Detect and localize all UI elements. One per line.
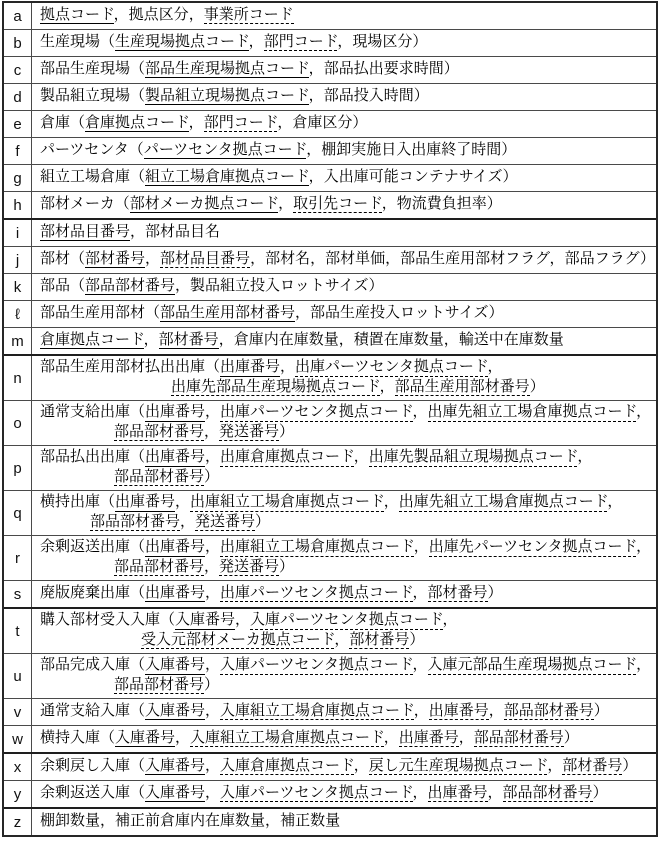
text-segment: 部品完成入庫（: [40, 657, 145, 673]
table-row: s廃版廃棄出庫（出庫番号，出庫パーツセンタ拠点コード，部材番号）: [4, 580, 656, 607]
text-segment: ，: [607, 494, 622, 510]
text-segment: ，: [414, 703, 429, 719]
foreign-key-attribute: 入庫倉庫拠点コード: [220, 758, 354, 776]
foreign-key-attribute: 部門コード: [204, 115, 278, 133]
text-segment: ，: [114, 7, 129, 23]
foreign-key-attribute: 部品部材番号: [90, 514, 180, 532]
row-content: 横持出庫（出庫番号，出庫組立工場倉庫拠点コード，出庫先組立工場倉庫拠点コード，部…: [32, 491, 656, 535]
foreign-key-attribute: 部品生産用部材番号: [395, 379, 530, 397]
schema-line: 製品組立現場（製品組立現場拠点コード，部品投入時間）: [40, 87, 652, 107]
text-segment: ，: [385, 251, 400, 267]
foreign-key-attribute: 出庫番号: [429, 703, 489, 721]
schema-line: 組立工場倉庫（組立工場倉庫拠点コード，入出庫可能コンテナサイズ）: [40, 168, 652, 188]
row-content: 部品生産用部材払出出庫（出庫番号，出庫パーツセンタ拠点コード，出庫先部品生産現場…: [32, 356, 656, 400]
schema-line: 余剰戻し入庫（入庫番号，入庫倉庫拠点コード，戻し元生産現場拠点コード，部材番号）: [40, 757, 652, 777]
schema-line: 廃版廃棄出庫（出庫番号，出庫パーツセンタ拠点コード，部材番号）: [40, 584, 652, 604]
text-segment: 廃版廃棄出庫（: [40, 585, 145, 601]
row-content: 組立工場倉庫（組立工場倉庫拠点コード，入出庫可能コンテナサイズ）: [32, 166, 656, 191]
text-segment: ，: [636, 404, 651, 420]
primary-key-attribute: 出庫番号: [145, 449, 205, 467]
text-segment: ，: [413, 585, 428, 601]
text-segment: 余剰返送出庫（: [40, 539, 145, 555]
text-segment: 部品生産用部材（: [40, 305, 160, 321]
foreign-key-attribute: 入庫組立工場倉庫拠点コード: [190, 730, 384, 748]
text-segment: 部品払出要求時間）: [324, 61, 459, 77]
schema-line: 通常支給出庫（出庫番号，出庫パーツセンタ拠点コード，出庫先組立工場倉庫拠点コード…: [40, 403, 652, 423]
schema-line: 倉庫（倉庫拠点コード，部門コード，倉庫区分）: [40, 114, 652, 134]
text-segment: 部材単価: [325, 251, 385, 267]
text-segment: 補正数量: [280, 813, 340, 829]
foreign-key-attribute: 発送番号: [195, 514, 255, 532]
text-segment: 積置在庫数量: [354, 332, 444, 348]
text-segment: ，: [175, 494, 190, 510]
schema-line: 通常支給入庫（入庫番号，入庫組立工場倉庫拠点コード，出庫番号，部品部材番号）: [40, 702, 652, 722]
text-segment: ，: [384, 730, 399, 746]
table-row: g組立工場倉庫（組立工場倉庫拠点コード，入出庫可能コンテナサイズ）: [4, 164, 656, 191]
text-segment: 通常支給入庫（: [40, 703, 145, 719]
schema-continuation-line: 出庫先部品生産現場拠点コード，部品生産用部材番号）: [40, 378, 652, 398]
row-label: x: [4, 754, 32, 780]
table-row: v通常支給入庫（入庫番号，入庫組立工場倉庫拠点コード，出庫番号，部品部材番号）: [4, 698, 656, 725]
row-content: 倉庫（倉庫拠点コード，部門コード，倉庫区分）: [32, 112, 656, 137]
primary-key-attribute: 出庫番号: [220, 359, 280, 377]
row-label: i: [4, 220, 32, 246]
row-label: s: [4, 581, 32, 607]
primary-key-attribute: 出庫番号: [115, 494, 175, 512]
row-label: ℓ: [4, 301, 32, 327]
text-segment: ，: [550, 251, 565, 267]
schema-line: 生産現場（生産現場拠点コード，部門コード，現場区分）: [40, 33, 652, 53]
text-segment: ，: [265, 813, 280, 829]
table-row: w横持入庫（入庫番号，入庫組立工場倉庫拠点コード，出庫番号，部品部材番号）: [4, 725, 656, 752]
foreign-key-attribute: 部材番号: [349, 632, 409, 650]
text-segment: 部材品目名: [145, 224, 220, 240]
row-content: 部品払出出庫（出庫番号，出庫倉庫拠点コード，出庫先製品組立現場拠点コード，部品部…: [32, 446, 656, 490]
text-segment: ）: [204, 677, 219, 693]
row-content: パーツセンタ（パーツセンタ拠点コード，棚卸実施日入出庫終了時間）: [32, 139, 656, 164]
row-label: a: [4, 3, 32, 29]
foreign-key-attribute: 部材番号: [428, 585, 488, 603]
text-segment: ，: [414, 539, 429, 555]
foreign-key-attribute: 出庫先組立工場倉庫拠点コード: [428, 404, 637, 422]
text-segment: ）: [622, 758, 637, 774]
foreign-key-attribute: 部品部材番号: [503, 785, 593, 803]
schema-line: 棚卸数量，補正前倉庫内在庫数量，補正数量: [40, 812, 652, 832]
row-label: e: [4, 111, 32, 137]
text-segment: ，: [488, 359, 503, 375]
text-segment: ，: [413, 404, 428, 420]
table-row: j部材（部材番号，部材品目番号，部材名，部材単価，部品生産用部材フラグ，部品フラ…: [4, 246, 656, 273]
text-segment: ）: [279, 424, 294, 440]
foreign-key-attribute: 入庫パーツセンタ拠点コード: [220, 657, 412, 675]
row-label: y: [4, 781, 32, 807]
text-segment: ，: [205, 703, 220, 719]
text-segment: 物流費負担率）: [397, 196, 502, 212]
primary-key-attribute: 組立工場倉庫拠点コード: [145, 169, 309, 187]
text-segment: ）: [255, 514, 270, 530]
schema-line: 余剰返送入庫（入庫番号，入庫パーツセンタ拠点コード，出庫番号，部品部材番号）: [40, 784, 652, 804]
row-content: 通常支給入庫（入庫番号，入庫組立工場倉庫拠点コード，出庫番号，部品部材番号）: [32, 700, 656, 725]
row-label: k: [4, 274, 32, 300]
text-segment: ，: [205, 785, 220, 801]
row-label: v: [4, 699, 32, 725]
row-label: n: [4, 356, 32, 400]
foreign-key-attribute: 出庫先部品生産現場拠点コード: [171, 379, 380, 397]
row-label: u: [4, 654, 32, 698]
table-row: t購入部材受入入庫（入庫番号，入庫パーツセンタ拠点コード，受入元部材メーカ拠点コ…: [4, 607, 656, 653]
text-segment: ，: [144, 332, 159, 348]
foreign-key-attribute: 出庫組立工場倉庫拠点コード: [220, 539, 414, 557]
text-segment: ）: [530, 379, 545, 395]
text-segment: ，: [204, 424, 219, 440]
row-content: 生産現場（生産現場拠点コード，部門コード，現場区分）: [32, 31, 656, 56]
text-segment: 倉庫内在庫数量: [234, 332, 339, 348]
text-segment: ，: [205, 657, 220, 673]
row-content: 製品組立現場（製品組立現場拠点コード，部品投入時間）: [32, 85, 656, 110]
primary-key-attribute: 拠点コード: [40, 7, 114, 25]
text-segment: 部品（: [40, 278, 85, 294]
primary-key-attribute: 部材品目番号: [40, 224, 130, 242]
row-label: g: [4, 165, 32, 191]
primary-key-attribute: 部材メーカ拠点コード: [130, 196, 278, 214]
primary-key-attribute: 入庫番号: [145, 785, 205, 803]
text-segment: ，: [205, 758, 220, 774]
text-segment: ）: [488, 585, 503, 601]
primary-key-attribute: 入庫番号: [145, 657, 205, 675]
schema-line: 購入部材受入入庫（入庫番号，入庫パーツセンタ拠点コード，: [40, 611, 652, 631]
primary-key-attribute: 製品組立現場拠点コード: [145, 88, 309, 106]
primary-key-attribute: 部材番号: [85, 251, 145, 269]
text-segment: ，: [145, 251, 160, 267]
text-segment: ，: [489, 703, 504, 719]
row-content: 余剰返送入庫（入庫番号，入庫パーツセンタ拠点コード，出庫番号，部品部材番号）: [32, 782, 656, 807]
table-row: e倉庫（倉庫拠点コード，部門コード，倉庫区分）: [4, 110, 656, 137]
row-content: 部品完成入庫（入庫番号，入庫パーツセンタ拠点コード，入庫元部品生産現場拠点コード…: [32, 654, 656, 698]
foreign-key-attribute: 入庫組立工場倉庫拠点コード: [220, 703, 414, 721]
foreign-key-attribute: 出庫番号: [399, 730, 459, 748]
text-segment: 余剰返送入庫（: [40, 785, 145, 801]
text-segment: ，: [100, 813, 115, 829]
text-segment: ，: [380, 379, 395, 395]
schema-line: 部材メーカ（部材メーカ拠点コード，取引先コード，物流費負担率）: [40, 195, 652, 215]
text-segment: ，: [413, 657, 428, 673]
text-segment: 部品生産現場（: [40, 61, 145, 77]
schema-line: 部品払出出庫（出庫番号，出庫倉庫拠点コード，出庫先製品組立現場拠点コード，: [40, 448, 652, 468]
row-content: 通常支給出庫（出庫番号，出庫パーツセンタ拠点コード，出庫先組立工場倉庫拠点コード…: [32, 401, 656, 445]
schema-line: 部材（部材番号，部材品目番号，部材名，部材単価，部品生産用部材フラグ，部品フラグ…: [40, 250, 655, 270]
primary-key-attribute: 部品部材番号: [85, 278, 175, 296]
text-segment: ，: [250, 251, 265, 267]
row-content: 横持入庫（入庫番号，入庫組立工場倉庫拠点コード，出庫番号，部品部材番号）: [32, 727, 656, 752]
primary-key-attribute: 入庫番号: [115, 730, 175, 748]
text-segment: 生産現場（: [40, 34, 115, 50]
foreign-key-attribute: 入庫元部品生産現場拠点コード: [428, 657, 637, 675]
text-segment: ，: [249, 34, 264, 50]
table-row: h部材メーカ（部材メーカ拠点コード，取引先コード，物流費負担率）: [4, 191, 656, 218]
schema-continuation-line: 部品部材番号，発送番号）: [40, 423, 652, 443]
schema-line: 部品生産現場（部品生産現場拠点コード，部品払出要求時間）: [40, 60, 652, 80]
foreign-key-attribute: 発送番号: [219, 559, 279, 577]
foreign-key-attribute: 出庫パーツセンタ拠点コード: [295, 359, 487, 377]
text-segment: 棚卸実施日入出庫終了時間）: [321, 142, 516, 158]
text-segment: ）: [593, 785, 608, 801]
text-segment: ）: [409, 632, 424, 648]
text-segment: ，: [354, 758, 369, 774]
text-segment: 部材名: [265, 251, 310, 267]
text-segment: 部品投入時間）: [324, 88, 429, 104]
primary-key-attribute: 出庫番号: [145, 585, 205, 603]
text-segment: 部品フラグ）: [565, 251, 655, 267]
foreign-key-attribute: 出庫パーツセンタ拠点コード: [220, 585, 412, 603]
primary-key-attribute: 出庫番号: [145, 539, 205, 557]
row-content: 余剰戻し入庫（入庫番号，入庫倉庫拠点コード，戻し元生産現場拠点コード，部材番号）: [32, 755, 656, 780]
table-row: d製品組立現場（製品組立現場拠点コード，部品投入時間）: [4, 83, 656, 110]
schema-line: 横持出庫（出庫番号，出庫組立工場倉庫拠点コード，出庫先組立工場倉庫拠点コード，: [40, 493, 652, 513]
row-content: 拠点コード，拠点区分，事業所コード: [32, 4, 656, 29]
row-content: 部材（部材番号，部材品目番号，部材名，部材単価，部品生産用部材フラグ，部品フラグ…: [32, 248, 658, 273]
row-content: 倉庫拠点コード，部材番号，倉庫内在庫数量，積置在庫数量，輸送中在庫数量: [32, 329, 656, 354]
text-segment: ，: [189, 115, 204, 131]
text-segment: ，: [189, 7, 204, 23]
schema-line: 部品完成入庫（入庫番号，入庫パーツセンタ拠点コード，入庫元部品生産現場拠点コード…: [40, 656, 652, 676]
row-content: 部品（部品部材番号，製品組立投入ロットサイズ）: [32, 275, 656, 300]
foreign-key-attribute: 事業所コード: [204, 7, 294, 25]
text-segment: ，: [413, 785, 428, 801]
text-segment: ，: [382, 196, 397, 212]
schema-continuation-line: 部品部材番号）: [40, 468, 652, 488]
text-segment: 組立工場倉庫（: [40, 169, 145, 185]
text-segment: ，: [547, 758, 562, 774]
text-segment: 部材メーカ（: [40, 196, 130, 212]
primary-key-attribute: 倉庫拠点コード: [40, 332, 144, 350]
row-label: q: [4, 491, 32, 535]
foreign-key-attribute: 取引先コード: [293, 196, 382, 214]
table-row: b生産現場（生産現場拠点コード，部門コード，現場区分）: [4, 29, 656, 56]
text-segment: ，: [295, 305, 310, 321]
foreign-key-attribute: 出庫組立工場倉庫拠点コード: [190, 494, 384, 512]
row-label: r: [4, 536, 32, 580]
foreign-key-attribute: 出庫先製品組立現場拠点コード: [369, 449, 578, 467]
primary-key-attribute: 入庫番号: [145, 703, 205, 721]
text-segment: ，: [384, 494, 399, 510]
table-row: o通常支給出庫（出庫番号，出庫パーツセンタ拠点コード，出庫先組立工場倉庫拠点コー…: [4, 400, 656, 445]
schema-continuation-line: 受入元部材メーカ拠点コード，部材番号）: [40, 631, 652, 651]
foreign-key-attribute: 出庫パーツセンタ拠点コード: [220, 404, 412, 422]
text-segment: ，: [205, 449, 220, 465]
table-row: r余剰返送出庫（出庫番号，出庫組立工場倉庫拠点コード，出庫先パーツセンタ拠点コー…: [4, 535, 656, 580]
schema-continuation-line: 部品部材番号，発送番号）: [40, 558, 652, 578]
row-label: d: [4, 84, 32, 110]
text-segment: 製品組立現場（: [40, 88, 145, 104]
row-content: 余剰返送出庫（出庫番号，出庫組立工場倉庫拠点コード，出庫先パーツセンタ拠点コード…: [32, 536, 656, 580]
text-segment: ，: [337, 34, 352, 50]
table-row: c部品生産現場（部品生産現場拠点コード，部品払出要求時間）: [4, 56, 656, 83]
table-row: ℓ部品生産用部材（部品生産用部材番号，部品生産投入ロットサイズ）: [4, 300, 656, 327]
table-row: y余剰返送入庫（入庫番号，入庫パーツセンタ拠点コード，出庫番号，部品部材番号）: [4, 780, 656, 807]
schema-continuation-line: 部品部材番号，発送番号）: [40, 513, 652, 533]
primary-key-attribute: 部品生産現場拠点コード: [145, 61, 309, 79]
text-segment: ）: [279, 559, 294, 575]
table-row: n部品生産用部材払出出庫（出庫番号，出庫パーツセンタ拠点コード，出庫先部品生産現…: [4, 354, 656, 400]
text-segment: ，: [280, 359, 295, 375]
text-segment: ，: [636, 657, 651, 673]
text-segment: ，: [309, 169, 324, 185]
schema-line: 横持入庫（入庫番号，入庫組立工場倉庫拠点コード，出庫番号，部品部材番号）: [40, 729, 652, 749]
primary-key-attribute: 倉庫拠点コード: [85, 115, 189, 133]
text-segment: 購入部材受入入庫（: [40, 612, 175, 628]
primary-key-attribute: 生産現場拠点コード: [115, 34, 249, 52]
foreign-key-attribute: 出庫先組立工場倉庫拠点コード: [399, 494, 608, 512]
text-segment: ，: [277, 115, 292, 131]
text-segment: ，: [180, 514, 195, 530]
text-segment: 現場区分）: [352, 34, 427, 50]
text-segment: ，: [306, 142, 321, 158]
text-segment: ，: [205, 585, 220, 601]
schema-line: 部品（部品部材番号，製品組立投入ロットサイズ）: [40, 277, 652, 297]
schema-line: 倉庫拠点コード，部材番号，倉庫内在庫数量，積置在庫数量，輸送中在庫数量: [40, 331, 652, 351]
text-segment: ，: [339, 332, 354, 348]
row-label: z: [4, 809, 32, 835]
text-segment: ，: [354, 449, 369, 465]
text-segment: ，: [488, 785, 503, 801]
text-segment: ，: [459, 730, 474, 746]
text-segment: ，: [175, 278, 190, 294]
foreign-key-attribute: 受入元部材メーカ拠点コード: [141, 632, 334, 650]
table-row: m倉庫拠点コード，部材番号，倉庫内在庫数量，積置在庫数量，輸送中在庫数量: [4, 327, 656, 354]
text-segment: ）: [564, 730, 579, 746]
row-label: o: [4, 401, 32, 445]
text-segment: ，: [204, 559, 219, 575]
text-segment: ）: [204, 469, 219, 485]
text-segment: ，: [309, 61, 324, 77]
text-segment: ，: [636, 539, 651, 555]
foreign-key-attribute: 出庫倉庫拠点コード: [220, 449, 354, 467]
text-segment: 倉庫（: [40, 115, 85, 131]
row-content: 部品生産用部材（部品生産用部材番号，部品生産投入ロットサイズ）: [32, 302, 656, 327]
text-segment: ，: [309, 88, 324, 104]
table-row: p部品払出出庫（出庫番号，出庫倉庫拠点コード，出庫先製品組立現場拠点コード，部品…: [4, 445, 656, 490]
text-segment: 部品払出出庫（: [40, 449, 145, 465]
foreign-key-attribute: 出庫番号: [428, 785, 488, 803]
row-label: c: [4, 57, 32, 83]
row-label: b: [4, 30, 32, 56]
text-segment: 拠点区分: [129, 7, 189, 23]
row-label: h: [4, 192, 32, 218]
foreign-key-attribute: 戻し元生産現場拠点コード: [369, 758, 548, 776]
foreign-key-attribute: 発送番号: [219, 424, 279, 442]
text-segment: 入出庫可能コンテナサイズ）: [324, 169, 518, 185]
primary-key-attribute: 部品生産用部材番号: [160, 305, 295, 323]
row-content: 部品生産現場（部品生産現場拠点コード，部品払出要求時間）: [32, 58, 656, 83]
table-row: i部材品目番号，部材品目名: [4, 218, 656, 246]
table-row: a拠点コード，拠点区分，事業所コード: [4, 3, 656, 29]
text-segment: ，: [310, 251, 325, 267]
row-label: w: [4, 726, 32, 752]
foreign-key-attribute: 部材番号: [562, 758, 622, 776]
text-segment: 棚卸数量: [40, 813, 100, 829]
foreign-key-attribute: 部材品目番号: [160, 251, 250, 269]
table-row: x余剰戻し入庫（入庫番号，入庫倉庫拠点コード，戻し元生産現場拠点コード，部材番号…: [4, 752, 656, 780]
foreign-key-attribute: 部品部材番号: [504, 703, 594, 721]
text-segment: 部品生産投入ロットサイズ）: [310, 305, 504, 321]
primary-key-attribute: 出庫番号: [145, 404, 205, 422]
row-content: 廃版廃棄出庫（出庫番号，出庫パーツセンタ拠点コード，部材番号）: [32, 582, 656, 607]
row-content: 棚卸数量，補正前倉庫内在庫数量，補正数量: [32, 810, 656, 835]
text-segment: 余剰戻し入庫（: [40, 758, 145, 774]
table-row: u部品完成入庫（入庫番号，入庫パーツセンタ拠点コード，入庫元部品生産現場拠点コー…: [4, 653, 656, 698]
table-row: q横持出庫（出庫番号，出庫組立工場倉庫拠点コード，出庫先組立工場倉庫拠点コード，…: [4, 490, 656, 535]
text-segment: 部材（: [40, 251, 85, 267]
row-content: 購入部材受入入庫（入庫番号，入庫パーツセンタ拠点コード，受入元部材メーカ拠点コー…: [32, 609, 656, 653]
text-segment: ，: [205, 539, 220, 555]
text-segment: ，: [219, 332, 234, 348]
row-label: f: [4, 138, 32, 164]
foreign-key-attribute: 部品部材番号: [114, 424, 204, 442]
text-segment: 横持出庫（: [40, 494, 115, 510]
foreign-key-attribute: 入庫パーツセンタ拠点コード: [220, 785, 412, 803]
schema-line: 部品生産用部材（部品生産用部材番号，部品生産投入ロットサイズ）: [40, 304, 652, 324]
text-segment: パーツセンタ（: [40, 142, 144, 158]
text-segment: 倉庫区分）: [292, 115, 367, 131]
schema-table: a拠点コード，拠点区分，事業所コードb生産現場（生産現場拠点コード，部門コード，…: [2, 1, 658, 837]
text-segment: ，: [334, 632, 349, 648]
text-segment: ，: [130, 224, 145, 240]
foreign-key-attribute: 入庫パーツセンタ拠点コード: [250, 612, 442, 630]
row-content: 部材品目番号，部材品目名: [32, 221, 656, 246]
text-segment: 横持入庫（: [40, 730, 115, 746]
foreign-key-attribute: 部品部材番号: [474, 730, 564, 748]
foreign-key-attribute: 出庫先パーツセンタ拠点コード: [429, 539, 636, 557]
schema-line: 余剰返送出庫（出庫番号，出庫組立工場倉庫拠点コード，出庫先パーツセンタ拠点コード…: [40, 538, 652, 558]
text-segment: 補正前倉庫内在庫数量: [115, 813, 265, 829]
schema-line: 部品生産用部材払出出庫（出庫番号，出庫パーツセンタ拠点コード，: [40, 358, 652, 378]
foreign-key-attribute: 部門コード: [264, 34, 338, 52]
foreign-key-attribute: 部品部材番号: [114, 677, 204, 695]
text-segment: ）: [594, 703, 609, 719]
row-label: j: [4, 247, 32, 273]
primary-key-attribute: パーツセンタ拠点コード: [144, 142, 306, 160]
text-segment: ，: [278, 196, 293, 212]
row-content: 部材メーカ（部材メーカ拠点コード，取引先コード，物流費負担率）: [32, 193, 656, 218]
primary-key-attribute: 入庫番号: [145, 758, 205, 776]
row-label: p: [4, 446, 32, 490]
schema-line: 部材品目番号，部材品目名: [40, 223, 652, 243]
foreign-key-attribute: 部品部材番号: [114, 469, 204, 487]
text-segment: 部品生産用部材フラグ: [400, 251, 549, 267]
primary-key-attribute: 入庫番号: [175, 612, 235, 630]
primary-key-attribute: 部材番号: [159, 332, 219, 350]
text-segment: 製品組立投入ロットサイズ）: [190, 278, 384, 294]
text-segment: ，: [175, 730, 190, 746]
schema-continuation-line: 部品部材番号）: [40, 676, 652, 696]
text-segment: ，: [443, 612, 458, 628]
row-label: m: [4, 328, 32, 354]
table-row: fパーツセンタ（パーツセンタ拠点コード，棚卸実施日入出庫終了時間）: [4, 137, 656, 164]
table-row: z棚卸数量，補正前倉庫内在庫数量，補正数量: [4, 807, 656, 835]
schema-line: 拠点コード，拠点区分，事業所コード: [40, 6, 652, 26]
text-segment: ，: [205, 404, 220, 420]
text-segment: 通常支給出庫（: [40, 404, 145, 420]
text-segment: ，: [444, 332, 459, 348]
text-segment: ，: [235, 612, 250, 628]
schema-line: パーツセンタ（パーツセンタ拠点コード，棚卸実施日入出庫終了時間）: [40, 141, 652, 161]
text-segment: ，: [577, 449, 592, 465]
foreign-key-attribute: 部品部材番号: [114, 559, 204, 577]
row-label: t: [4, 609, 32, 653]
table-row: k部品（部品部材番号，製品組立投入ロットサイズ）: [4, 273, 656, 300]
text-segment: 輸送中在庫数量: [459, 332, 564, 348]
text-segment: 部品生産用部材払出出庫（: [40, 359, 220, 375]
